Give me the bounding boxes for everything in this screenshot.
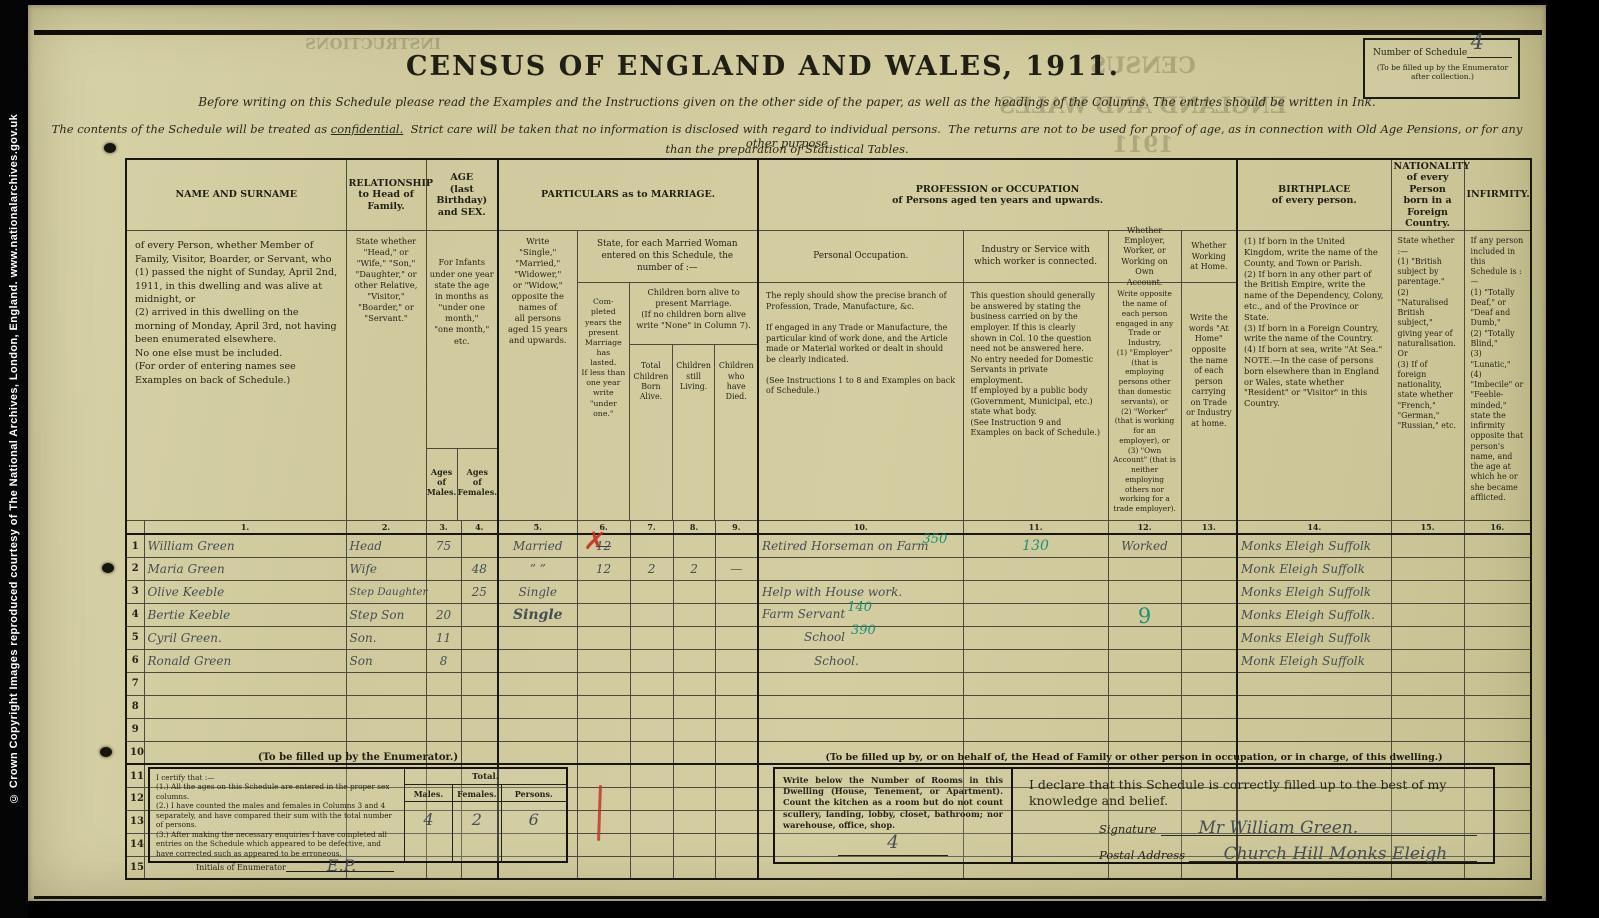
table-row: 4 Bertie Keeble Step Son 20 Single Farm … — [126, 603, 1531, 626]
rooms-instructions: Write below the Number of Rooms in this … — [783, 775, 1003, 831]
hole-punch — [100, 747, 112, 757]
green-code: 140 — [847, 600, 872, 615]
header-birthplace: BIRTHPLACE of every person. — [1237, 159, 1391, 231]
desc-occupation: Personal Occupation. The reply should sh… — [758, 231, 963, 521]
postal-address-row: Postal Address Church Hill Monks Eleigh — [1029, 846, 1477, 862]
bottom-rule — [34, 896, 1542, 899]
desc-age: For Infants under one year state the age… — [426, 231, 498, 521]
table-row: 3 Olive Keeble Step Daughter 25 Single H… — [126, 580, 1531, 603]
top-rule — [34, 30, 1542, 35]
cell-relationship: Wife — [346, 557, 426, 580]
enumerator-initials: E.P. — [327, 856, 356, 875]
cell-relationship: Son. — [346, 626, 426, 649]
column-number-row: 1. 2. 3. 4. 5. 6. 7. 8. 9. 10. 11. 12. 1… — [126, 520, 1531, 534]
header-age: AGE (last Birthday) and SEX. — [426, 159, 498, 231]
header-profession: PROFESSION or OCCUPATION of Persons aged… — [758, 159, 1237, 231]
desc-children-born: Total Children Born Alive. — [630, 345, 673, 520]
header-relationship: RELATIONSHIP to Head of Family. — [346, 159, 426, 231]
desc-marriage-group: State, for each Married Woman entered on… — [577, 231, 758, 521]
red-cross-mark: ✗ — [582, 526, 608, 559]
totals-table: Total. Males. Females. Persons. 4 2 6 — [404, 769, 566, 861]
cell-birthplace: Monk Eleigh Suffolk — [1237, 649, 1391, 672]
cell-name: Maria Green — [144, 557, 346, 580]
table-row-empty: 9 — [126, 718, 1531, 741]
table-row-empty: 8 — [126, 695, 1531, 718]
desc-name: of every Person, whether Member of Famil… — [126, 231, 346, 521]
desc-children-living: Children still Living. — [673, 345, 716, 520]
desc-children-died: Children who have Died. — [715, 345, 757, 520]
confidential-underlined: confidential. — [331, 122, 404, 136]
census-form-page: CENSUS ENGLAND AND WALES 1911 INSTRUCTIO… — [28, 5, 1546, 901]
cell-occupation: School390 — [758, 626, 963, 649]
intro-line-1: Before writing on this Schedule please r… — [38, 95, 1536, 109]
desc-marriage-write: Write "Single," "Married," "Widower," or… — [498, 231, 577, 521]
table-row-empty: 7 — [126, 672, 1531, 695]
certify-text: I certify that :— (1.) All the ages on t… — [156, 773, 398, 858]
desc-industry: Industry or Service with which worker is… — [963, 231, 1108, 521]
total-persons: 6 — [502, 802, 567, 861]
description-row: of every Person, whether Member of Famil… — [126, 231, 1531, 521]
cell-relationship: Son — [346, 649, 426, 672]
green-code: 9 — [1138, 604, 1151, 628]
enumerator-heading: (To be filled up by the Enumerator.) — [148, 752, 568, 763]
intro-line-3: than the preparation of Statistical Tabl… — [38, 142, 1536, 156]
table-row: 5 Cyril Green. Son. 11 School390 Monks E… — [126, 626, 1531, 649]
header-nationality: NATIONALITY of every Person born in a Fo… — [1391, 159, 1464, 231]
desc-infirmity: If any person included in this Schedule … — [1464, 231, 1531, 521]
cell-birthplace: Monks Eleigh Suffolk — [1237, 626, 1391, 649]
signature-value: Mr William Green. — [1198, 818, 1358, 838]
schedule-number-label: Number of Schedule — [1373, 48, 1467, 58]
declaration-box: Write below the Number of Rooms in this … — [773, 767, 1495, 864]
desc-relationship: State whether "Head," or "Wife," "Son," … — [346, 231, 426, 521]
total-males: 4 — [405, 802, 453, 861]
desc-age-males: Ages of Males. — [427, 449, 458, 520]
cell-birthplace: Monks Eleigh Suffolk — [1237, 534, 1391, 557]
declaration-text: I declare that this Schedule is correctl… — [1029, 777, 1477, 810]
declaration-heading: (To be filled up by, or on behalf of, th… — [773, 752, 1495, 763]
header-name: NAME AND SURNAME — [126, 159, 346, 231]
cell-occupation: Retired Horseman on Farm350 — [758, 534, 963, 557]
cell-birthplace: Monks Eleigh Suffolk — [1237, 580, 1391, 603]
green-code: 350 — [923, 532, 948, 547]
hole-punch — [102, 563, 114, 573]
cell-name: William Green — [144, 534, 346, 557]
schedule-box-note: (To be filled up by the Enumerator after… — [1373, 63, 1512, 82]
green-code: 390 — [851, 623, 876, 638]
schedule-number-line: 4 — [1467, 46, 1512, 58]
table-row: 1 William Green Head 75 Married 12✗ Reti… — [126, 534, 1531, 557]
schedule-number-value: 4 — [1471, 30, 1484, 54]
initials-line: Initials of Enumerator E.P. — [156, 858, 398, 876]
table-row: 2 Maria Green Wife 48 ” ” 12 2 2 — Monk … — [126, 557, 1531, 580]
cell-relationship: Step Son — [346, 603, 426, 626]
page-title: CENSUS OF ENGLAND AND WALES, 1911. — [28, 51, 1498, 82]
enumerator-box: I certify that :— (1.) All the ages on t… — [148, 767, 568, 863]
green-code: 130 — [1022, 538, 1049, 554]
cell-birthplace: Monk Eleigh Suffolk — [1237, 557, 1391, 580]
desc-marriage-completed: Com- pleted years the present Marriage h… — [578, 283, 631, 520]
cell-name: Olive Keeble — [144, 580, 346, 603]
desc-marriage-state: State, for each Married Woman entered on… — [578, 231, 758, 283]
copyright-text: © Crown Copyright Images reproduced cour… — [3, 0, 25, 918]
desc-marriage-children: Children born alive to present Marriage.… — [630, 283, 757, 345]
schedule-number-box: Number of Schedule 4 (To be filled up by… — [1363, 38, 1520, 99]
rooms-value: 4 — [838, 832, 948, 856]
header-infirmity: INFIRMITY. — [1464, 159, 1531, 231]
header-marriage: PARTICULARS as to MARRIAGE. — [498, 159, 758, 231]
signature-row: Signature Mr William Green. — [1029, 820, 1477, 836]
cell-occupation: School. — [758, 649, 963, 672]
desc-athome: Whether Working at Home. Write the words… — [1181, 231, 1237, 521]
table-row: 6 Ronald Green Son 8 School. Monk Eleigh… — [126, 649, 1531, 672]
group-header-row: NAME AND SURNAME RELATIONSHIP to Head of… — [126, 159, 1531, 231]
total-females: 2 — [453, 802, 501, 861]
cell-relationship: Head — [346, 534, 426, 557]
desc-employer: Whether Employer, Worker, or Working on … — [1108, 231, 1181, 521]
postal-address-value: Church Hill Monks Eleigh — [1224, 844, 1448, 864]
desc-birthplace: (1) If born in the United Kingdom, write… — [1237, 231, 1391, 521]
copyright-strip: © Crown Copyright Images reproduced cour… — [0, 0, 28, 918]
cell-name: Bertie Keeble — [144, 603, 346, 626]
cell-relationship: Step Daughter — [346, 580, 426, 603]
cell-birthplace: Monks Eleigh Suffolk. — [1237, 603, 1391, 626]
cell-name: Cyril Green. — [144, 626, 346, 649]
cell-name: Ronald Green — [144, 649, 346, 672]
desc-nationality: State whether :— (1) "British subject by… — [1391, 231, 1464, 521]
desc-age-females: Ages of Females. — [458, 449, 497, 520]
